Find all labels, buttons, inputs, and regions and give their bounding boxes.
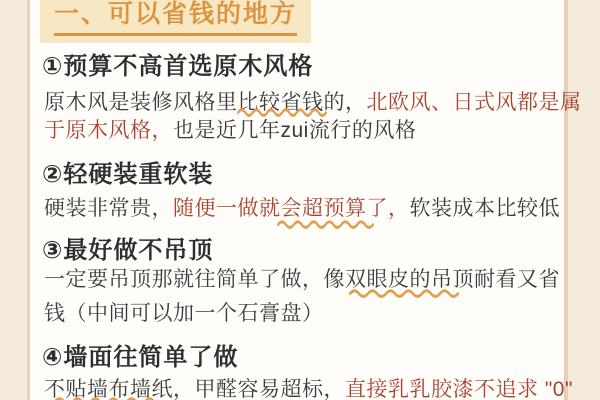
item-1-heading: ①预算不高首选原木风格 [42, 46, 313, 81]
wavy-underline-over-budget [278, 219, 373, 228]
item-3-body-line-2: 钱（中间可以加一个石膏盘） [44, 297, 324, 327]
section-title: 一、可以省钱的地方 [54, 0, 297, 36]
item-2-body-line-1: 硬装非常贵，随便一做就会超预算了，软装成本比较低 [44, 192, 560, 222]
section-title-highlight: 一、可以省钱的地方 [40, 0, 311, 43]
item-3-body-line-1: 一定要吊顶那就往简单了做，像双眼皮的吊顶耐看又省 [44, 263, 560, 293]
item-4-heading: ④墙面往简单了做 [42, 337, 238, 372]
item-2-heading: ②轻硬装重软装 [42, 154, 213, 189]
note-page: 一、可以省钱的地方 ①预算不高首选原木风格 原木风是装修风格里比较省钱的，北欧风… [0, 0, 600, 400]
item-3-heading: ③最好做不吊顶 [42, 230, 213, 265]
item-1-body-line-2: 于原木风格，也是近几年zui流行的风格 [44, 114, 416, 144]
wavy-underline-double-eyelid-ceiling [350, 288, 458, 297]
wavy-underline-wallpaper [55, 396, 163, 400]
